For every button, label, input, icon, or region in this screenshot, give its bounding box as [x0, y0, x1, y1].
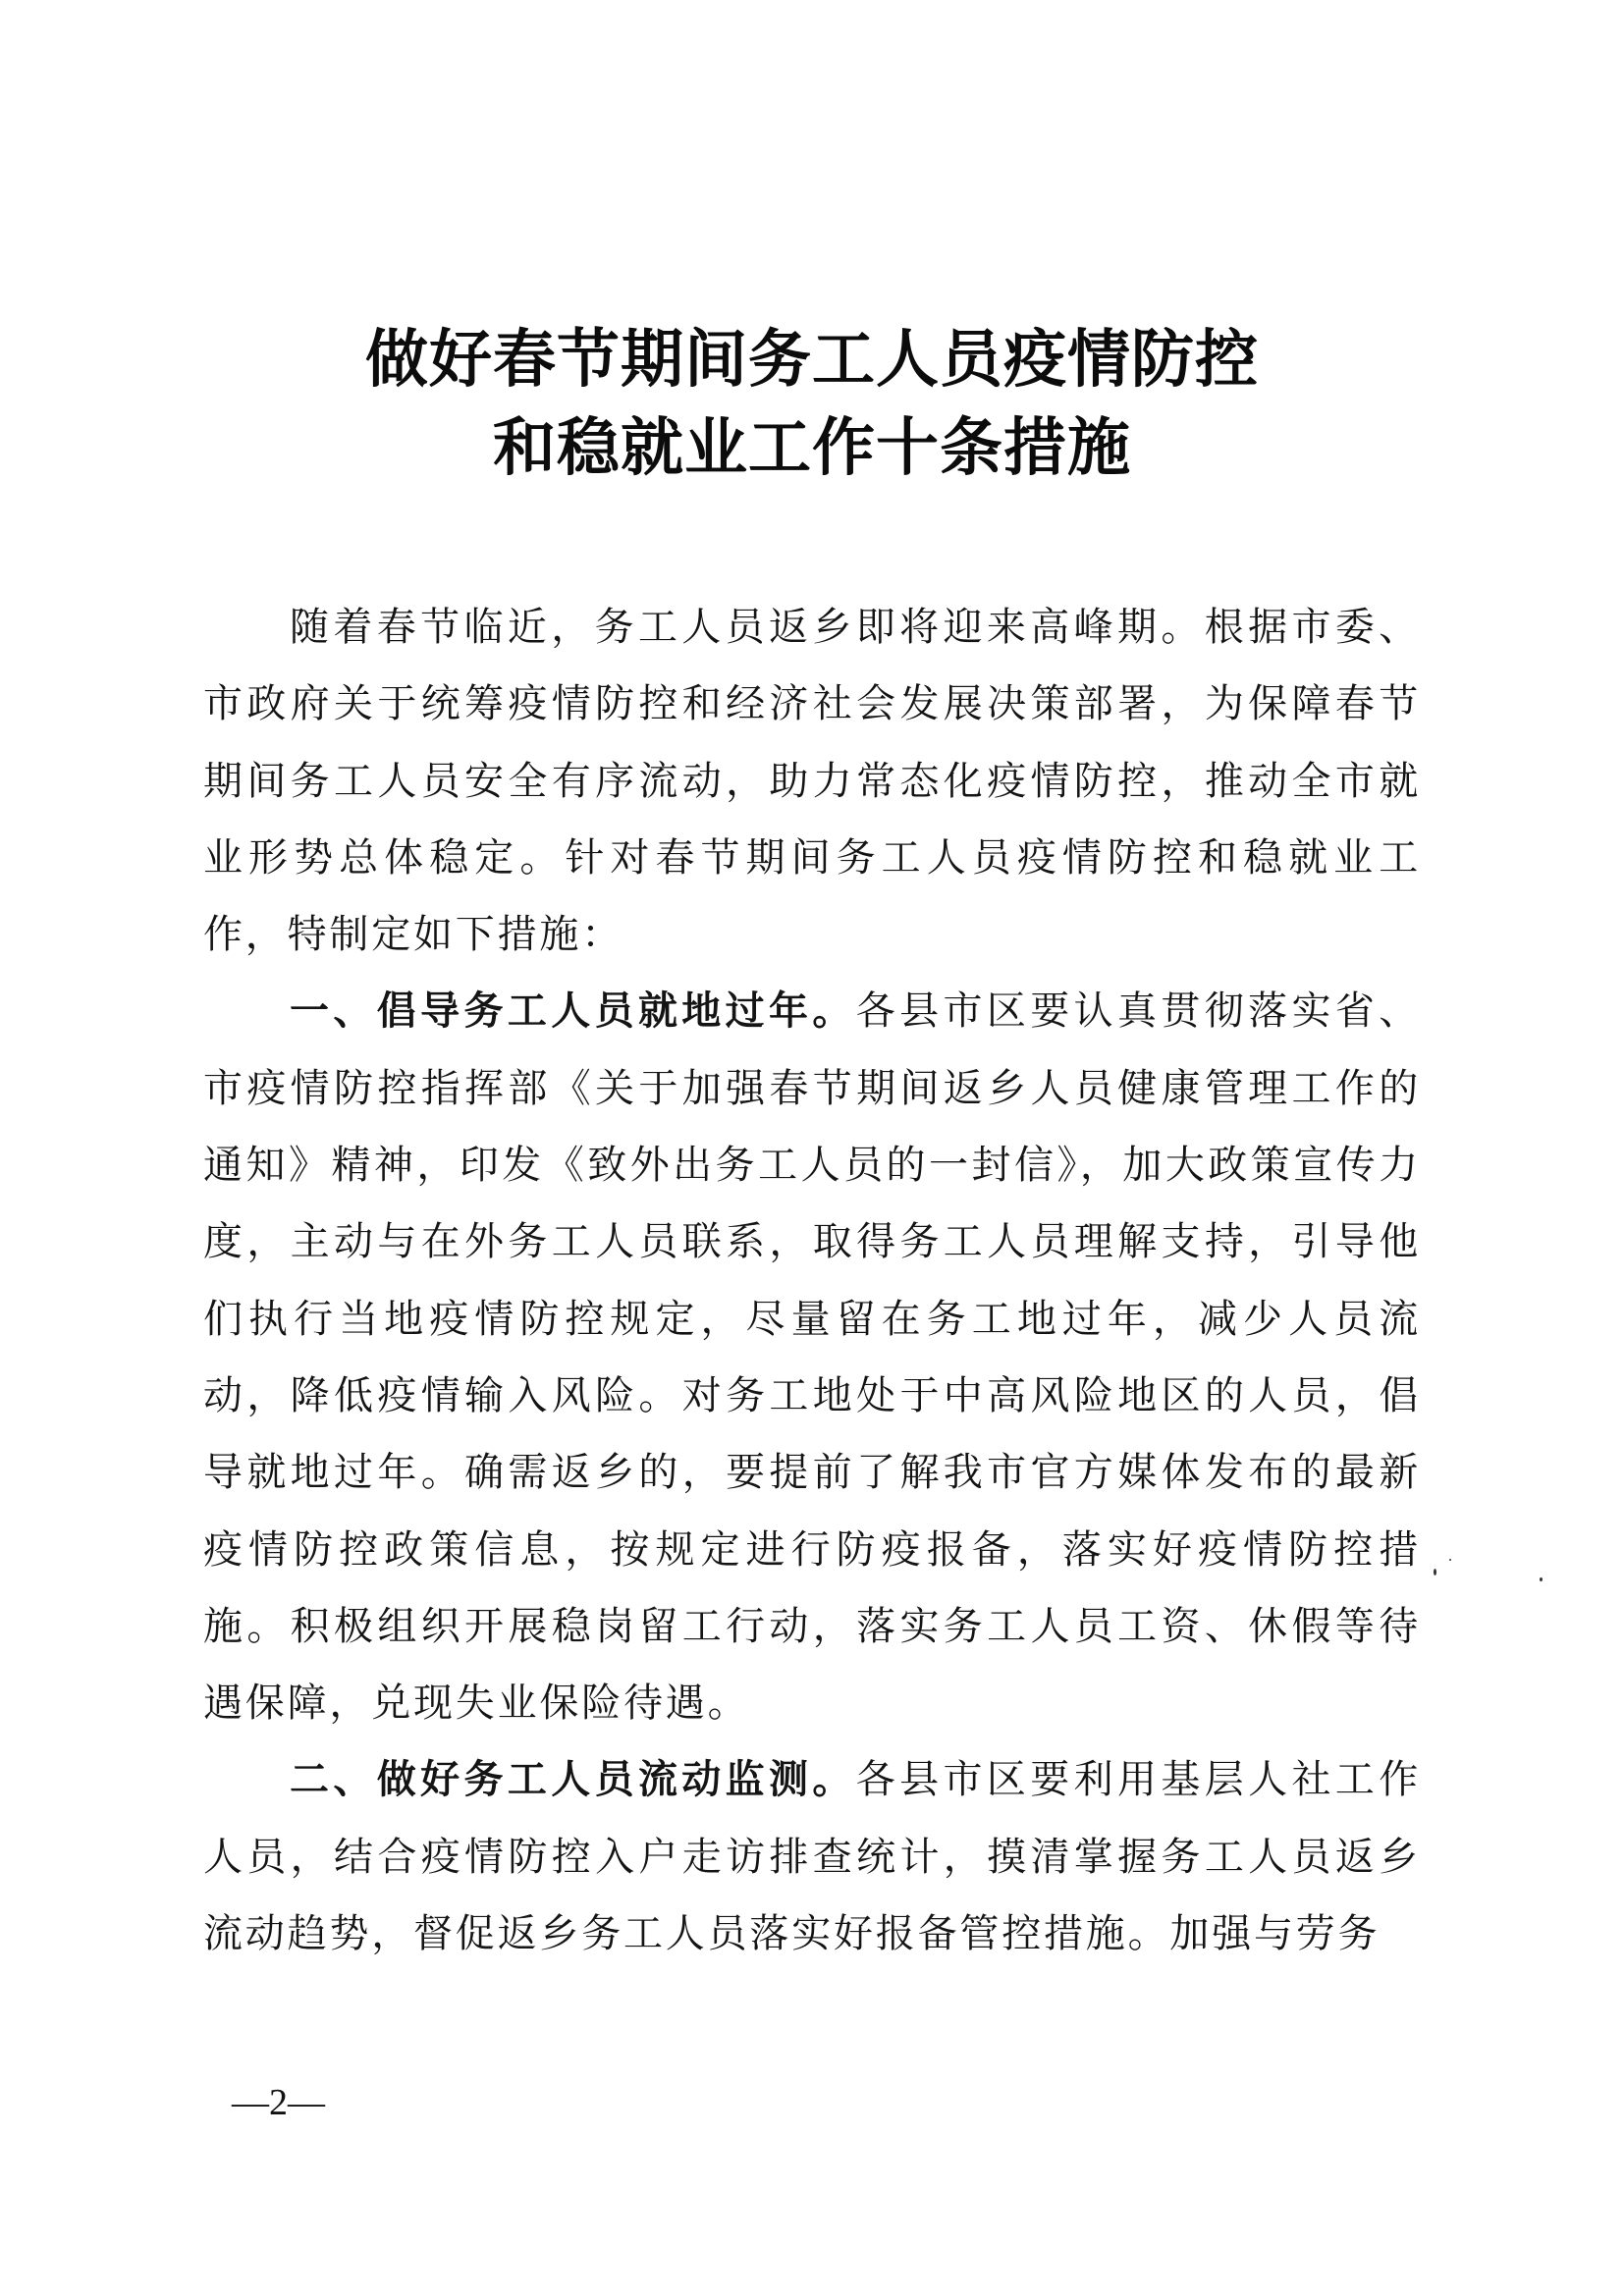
scan-speck	[1449, 1559, 1451, 1561]
document-title-line-2: 和稳就业工作十条措施	[0, 404, 1624, 493]
measure-1-paragraph: 一、倡导务工人员就地过年。各县市区要认真贯彻落实省、市疫情防控指挥部《关于加强春…	[203, 973, 1421, 1741]
document-page: 做好春节期间务工人员疫情防控 和稳就业工作十条措施 随着春节临近，务工人员返乡即…	[0, 0, 1624, 2296]
paragraph-heading: 二、做好务工人员流动监测。	[290, 1757, 856, 1802]
paragraph-text: 各县市区要认真贯彻落实省、市疫情防控指挥部《关于加强春节期间返乡人员健康管理工作…	[203, 988, 1421, 1726]
paragraph-heading: 一、倡导务工人员就地过年。	[290, 988, 856, 1034]
intro-paragraph: 随着春节临近，务工人员返乡即将迎来高峰期。根据市委、市政府关于统筹疫情防控和经济…	[203, 589, 1421, 973]
scan-speck	[1540, 1577, 1543, 1581]
paragraph-text: 随着春节临近，务工人员返乡即将迎来高峰期。根据市委、市政府关于统筹疫情防控和经济…	[203, 605, 1421, 957]
measure-2-paragraph: 二、做好务工人员流动监测。各县市区要利用基层人社工作人员，结合疫情防控入户走访排…	[203, 1741, 1421, 1972]
document-body: 随着春节临近，务工人员返乡即将迎来高峰期。根据市委、市政府关于统筹疫情防控和经济…	[203, 589, 1421, 1972]
document-title-line-1: 做好春节期间务工人员疫情防控	[0, 316, 1624, 404]
page-number: —2—	[232, 2081, 325, 2124]
scan-speck	[1434, 1569, 1436, 1575]
